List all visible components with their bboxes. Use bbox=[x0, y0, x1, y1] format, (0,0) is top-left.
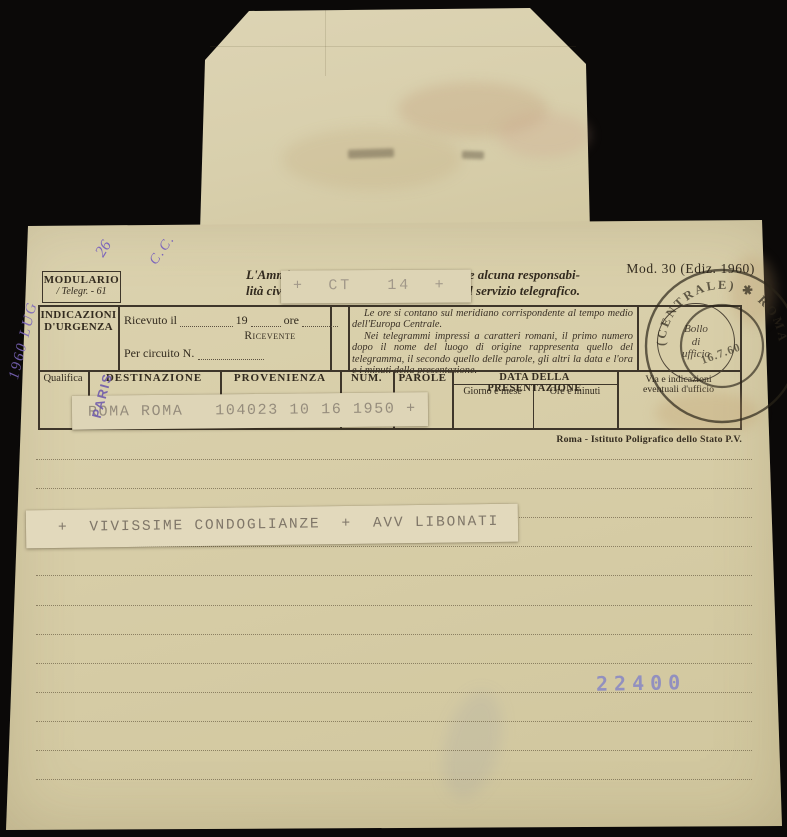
year-prefix: 19 bbox=[236, 314, 248, 327]
stain bbox=[498, 112, 590, 158]
ruled-line bbox=[36, 575, 752, 576]
routing-strip: ROMA ROMA 104023 10 16 1950 + bbox=[72, 392, 428, 430]
modulario-subtitle: / Telegr. - 61 bbox=[43, 287, 120, 298]
time-notes: Le ore si contano sul meridiano corrispo… bbox=[352, 308, 633, 376]
col-ore-minuti: Ore e minuti bbox=[533, 387, 617, 398]
form-divider bbox=[348, 306, 350, 370]
serial-number-stamp: 22400 bbox=[596, 670, 687, 696]
postmark-date: 16.7.60 bbox=[699, 341, 742, 366]
ruled-line bbox=[36, 605, 752, 606]
modulario-title: MODULARIO bbox=[43, 275, 120, 287]
message-strip: + VIVISSIME CONDOGLIANZE + AVV LIBONATI bbox=[26, 504, 518, 549]
received-label: Ricevuto il bbox=[124, 314, 177, 327]
dotted-field bbox=[198, 348, 264, 360]
col-num: NUM. bbox=[340, 373, 393, 385]
received-row: Ricevuto il 19 ore bbox=[124, 314, 338, 327]
ct-number-text: + CT 14 + bbox=[281, 270, 471, 295]
postmark-stamp: (CENTRALE) ✱ ROMA ✱ 16.7.60 bbox=[630, 254, 787, 444]
urgency-label: INDICAZIONI D'URGENZA bbox=[40, 310, 117, 333]
col-qualifica: Qualifica bbox=[38, 373, 88, 384]
note-paragraph: Le ore si contano sul meridiano corrispo… bbox=[352, 308, 633, 331]
note-paragraph: Nei telegrammi impressi a caratteri roma… bbox=[352, 331, 633, 377]
col-parole: PAROLE bbox=[393, 373, 452, 385]
disclaimer-fragment: del servizio telegrafico. bbox=[457, 283, 580, 299]
message-text: + VIVISSIME CONDOGLIANZE + AVV LIBONATI bbox=[26, 504, 518, 537]
modulario-box: MODULARIO / Telegr. - 61 bbox=[42, 271, 121, 303]
circuit-row: Per circuito N. bbox=[124, 347, 264, 360]
stain bbox=[282, 128, 462, 190]
ink-bleed-mark bbox=[462, 151, 484, 160]
crease bbox=[210, 46, 576, 47]
routing-text: ROMA ROMA 104023 10 16 1950 + bbox=[72, 392, 428, 421]
col-provenienza: PROVENIENZA bbox=[220, 373, 340, 385]
crease bbox=[325, 10, 326, 76]
urgency-line1: INDICAZIONI bbox=[40, 310, 117, 322]
svg-text:(CENTRALE) ✱ ROMA ✱: (CENTRALE) ✱ ROMA ✱ bbox=[630, 254, 787, 346]
ink-bleed-mark bbox=[348, 148, 394, 159]
ruled-line bbox=[36, 634, 752, 635]
hour-label: ore bbox=[284, 314, 299, 327]
ruled-line bbox=[36, 459, 752, 460]
disclaimer-fragment: lità civi bbox=[246, 283, 285, 299]
dotted-field bbox=[302, 315, 338, 327]
col-giorno-mese: Giorno e mese bbox=[452, 387, 533, 398]
ruled-line bbox=[36, 488, 752, 489]
urgency-line2: D'URGENZA bbox=[40, 322, 117, 334]
dotted-field bbox=[251, 315, 281, 327]
ruled-line bbox=[36, 750, 752, 751]
receiver-label: Ricevente bbox=[210, 330, 330, 342]
ruled-line bbox=[36, 779, 752, 780]
postmark-ring-text: (CENTRALE) ✱ ROMA ✱ bbox=[630, 254, 787, 346]
circuit-label: Per circuito N. bbox=[124, 347, 194, 360]
telegram-scan: MODULARIO / Telegr. - 61 L'Ammi sume alc… bbox=[0, 0, 787, 837]
ruled-line bbox=[36, 721, 752, 722]
ct-number-strip: + CT 14 + bbox=[281, 270, 471, 304]
dotted-field bbox=[180, 315, 233, 327]
ruled-line bbox=[36, 663, 752, 664]
